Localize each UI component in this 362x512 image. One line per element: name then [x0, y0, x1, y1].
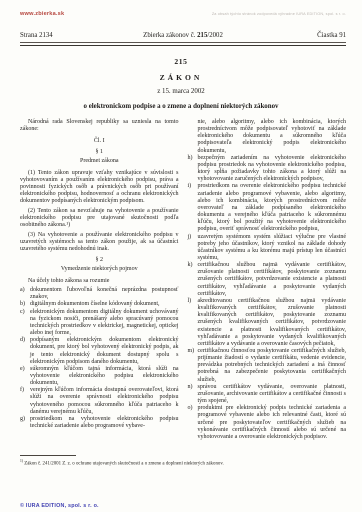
definition-text: dokumentom ľubovoľná konečná neprázdna p… — [30, 287, 179, 301]
definition-letter: h) — [188, 155, 198, 162]
definition-item: f) verejným kľúčom informácia dostupná o… — [20, 387, 179, 416]
definition-item: j) uzavretým systémom systém slúžiaci vý… — [188, 234, 347, 263]
law-subject: o elektronickom podpise a o zmene a dopl… — [0, 103, 362, 110]
journal-title-post: /2002 — [207, 32, 222, 39]
journal-law-number: 215 — [197, 32, 207, 39]
definition-item: n) správou certifikátov vydávanie, overo… — [188, 384, 347, 405]
page-footer: © IURA EDITION, spol. s r. o. — [20, 494, 99, 512]
article-heading: Čl. I — [20, 138, 179, 145]
definition-item: o) produktmi pre elektronický podpis tec… — [188, 405, 347, 441]
law-paragraph: (3) Na vyhotovenie a používanie elektron… — [20, 232, 179, 253]
definition-continuation: nie, alebo algoritmy, alebo ich kombinác… — [188, 119, 347, 155]
definition-text: prostriedkom na overenie elektronického … — [198, 183, 347, 233]
law-gazette-page: www.zbierka.sk Za obsah týchto stránok z… — [0, 0, 362, 512]
definition-text: správou certifikátov vydávanie, overovan… — [198, 384, 347, 405]
definition-item: b) digitálnym dokumentom číselne kódovan… — [20, 301, 179, 308]
definition-letter: l) — [188, 298, 198, 305]
definition-item: k) certifikačnou službou najmä vydávanie… — [188, 262, 347, 298]
definition-letter: d) — [20, 337, 30, 344]
topbar: www.zbierka.sk Za obsah týchto stránok z… — [20, 11, 346, 17]
section-1-title: Predmet zákona — [20, 158, 179, 165]
definition-letter: e) — [20, 366, 30, 373]
definition-text: certifikačnou službou najmä vydávanie ce… — [198, 262, 347, 298]
footnote: 1) Zákon č. 241/2001 Z. z. o ochrane uta… — [20, 459, 346, 467]
section-1-number: § 1 — [20, 149, 179, 156]
definition-item: d) podpísaným elektronickým dokumentom e… — [20, 337, 179, 366]
definition-letter: b) — [20, 301, 30, 308]
definition-item: c) elektronickým dokumentom digitálny do… — [20, 309, 179, 338]
definition-text: uzavretým systémom systém slúžiaci výluč… — [198, 234, 347, 263]
definition-text: bezpečným zariadením na vyhotovenie elek… — [198, 155, 347, 184]
definition-item: g) prostriedkom na vyhotovenie elektroni… — [20, 416, 179, 430]
law-type-heading: ZÁKON — [0, 73, 362, 82]
definition-item: a) dokumentom ľubovoľná konečná neprázdn… — [20, 287, 179, 301]
law-date: z 15. marca 2002 — [0, 88, 362, 95]
copyright-notice: © IURA EDITION, spol. s r. o. — [20, 503, 99, 509]
definition-letter: m) — [188, 348, 198, 355]
definitions-list-right: h) bezpečným zariadením na vyhotovenie e… — [188, 155, 347, 441]
law-number: 215 — [0, 57, 362, 66]
title-block: 215 ZÁKON z 15. marca 2002 o elektronick… — [0, 57, 362, 110]
definition-item: l) akreditovanou certifikačnou službou n… — [188, 298, 347, 348]
definition-item: i) prostriedkom na overenie elektronické… — [188, 183, 347, 233]
definition-letter: o) — [188, 405, 198, 412]
definition-text: prostriedkom na vyhotovenie elektronické… — [30, 416, 179, 430]
header-rule — [20, 45, 346, 47]
definition-letter: i) — [188, 183, 198, 190]
law-paragraph: (1) Tento zákon upravuje vzťahy vznikajú… — [20, 170, 179, 206]
definition-item: h) bezpečným zariadením na vyhotovenie e… — [188, 155, 347, 184]
page-number-label: Strana 2134 — [20, 32, 143, 39]
footnote-separator — [20, 455, 76, 456]
definition-letter: j) — [188, 234, 198, 241]
definition-item: e) súkromným kľúčom tajná informácia, kt… — [20, 366, 179, 387]
definition-item: m) certifikačnou činnosťou poskytovanie … — [188, 348, 347, 384]
journal-title: Zbierka zákonov č. 215/2002 — [143, 32, 223, 39]
masthead: Strana 2134 Zbierka zákonov č. 215/2002 … — [20, 32, 346, 46]
section-2-number: § 2 — [20, 257, 179, 264]
definition-letter: a) — [20, 287, 30, 294]
column-left: Národná rada Slovenskej republiky sa uzn… — [20, 119, 179, 441]
definition-continuation-text: nie, alebo algoritmy, alebo ich kombinác… — [198, 119, 347, 155]
definitions-list-left: a) dokumentom ľubovoľná konečná neprázdn… — [20, 287, 179, 430]
preamble: Národná rada Slovenskej republiky sa uzn… — [20, 119, 179, 133]
column-right: nie, alebo algoritmy, alebo ich kombinác… — [188, 119, 347, 441]
definition-letter: g) — [20, 416, 30, 423]
definition-text: digitálnym dokumentom číselne kódovaný d… — [30, 301, 179, 308]
definition-letter: f) — [20, 387, 30, 394]
issue-label: Čiastka 91 — [223, 32, 346, 39]
definition-text: elektronickým dokumentom digitálny dokum… — [30, 309, 179, 338]
definitions-intro: Na účely tohto zákona sa rozumie — [20, 278, 179, 285]
definition-letter: n) — [188, 384, 198, 391]
law-paragraph: (2) Tento zákon sa nevzťahuje na vyhotov… — [20, 208, 179, 229]
zbierka-site-link[interactable]: www.zbierka.sk — [20, 11, 64, 17]
definition-text: súkromným kľúčom tajná informácia, ktorá… — [30, 366, 179, 387]
content-disclaimer: Za obsah týchto stránok zodpovedá výhrad… — [212, 12, 346, 16]
section-2-title: Vymedzenie niektorých pojmov — [20, 266, 179, 273]
definition-letter: k) — [188, 262, 198, 269]
journal-title-pre: Zbierka zákonov č. — [143, 32, 197, 39]
definition-text: certifikačnou činnosťou poskytovanie cer… — [198, 348, 347, 384]
section-1-paragraphs: (1) Tento zákon upravuje vzťahy vznikajú… — [20, 170, 179, 254]
footnote-area: 1) Zákon č. 241/2001 Z. z. o ochrane uta… — [20, 455, 346, 467]
definition-text: akreditovanou certifikačnou službou najm… — [198, 298, 347, 348]
definition-text: podpísaným elektronickým dokumentom elek… — [30, 337, 179, 366]
definition-text: produktmi pre elektronický podpis techni… — [198, 405, 347, 441]
definition-text: verejným kľúčom informácia dostupná over… — [30, 387, 179, 416]
body-columns: Národná rada Slovenskej republiky sa uzn… — [20, 119, 346, 441]
definition-letter: c) — [20, 309, 30, 316]
masthead-row: Strana 2134 Zbierka zákonov č. 215/2002 … — [20, 32, 346, 43]
footnote-text: Zákon č. 241/2001 Z. z. o ochrane utajov… — [23, 462, 224, 467]
